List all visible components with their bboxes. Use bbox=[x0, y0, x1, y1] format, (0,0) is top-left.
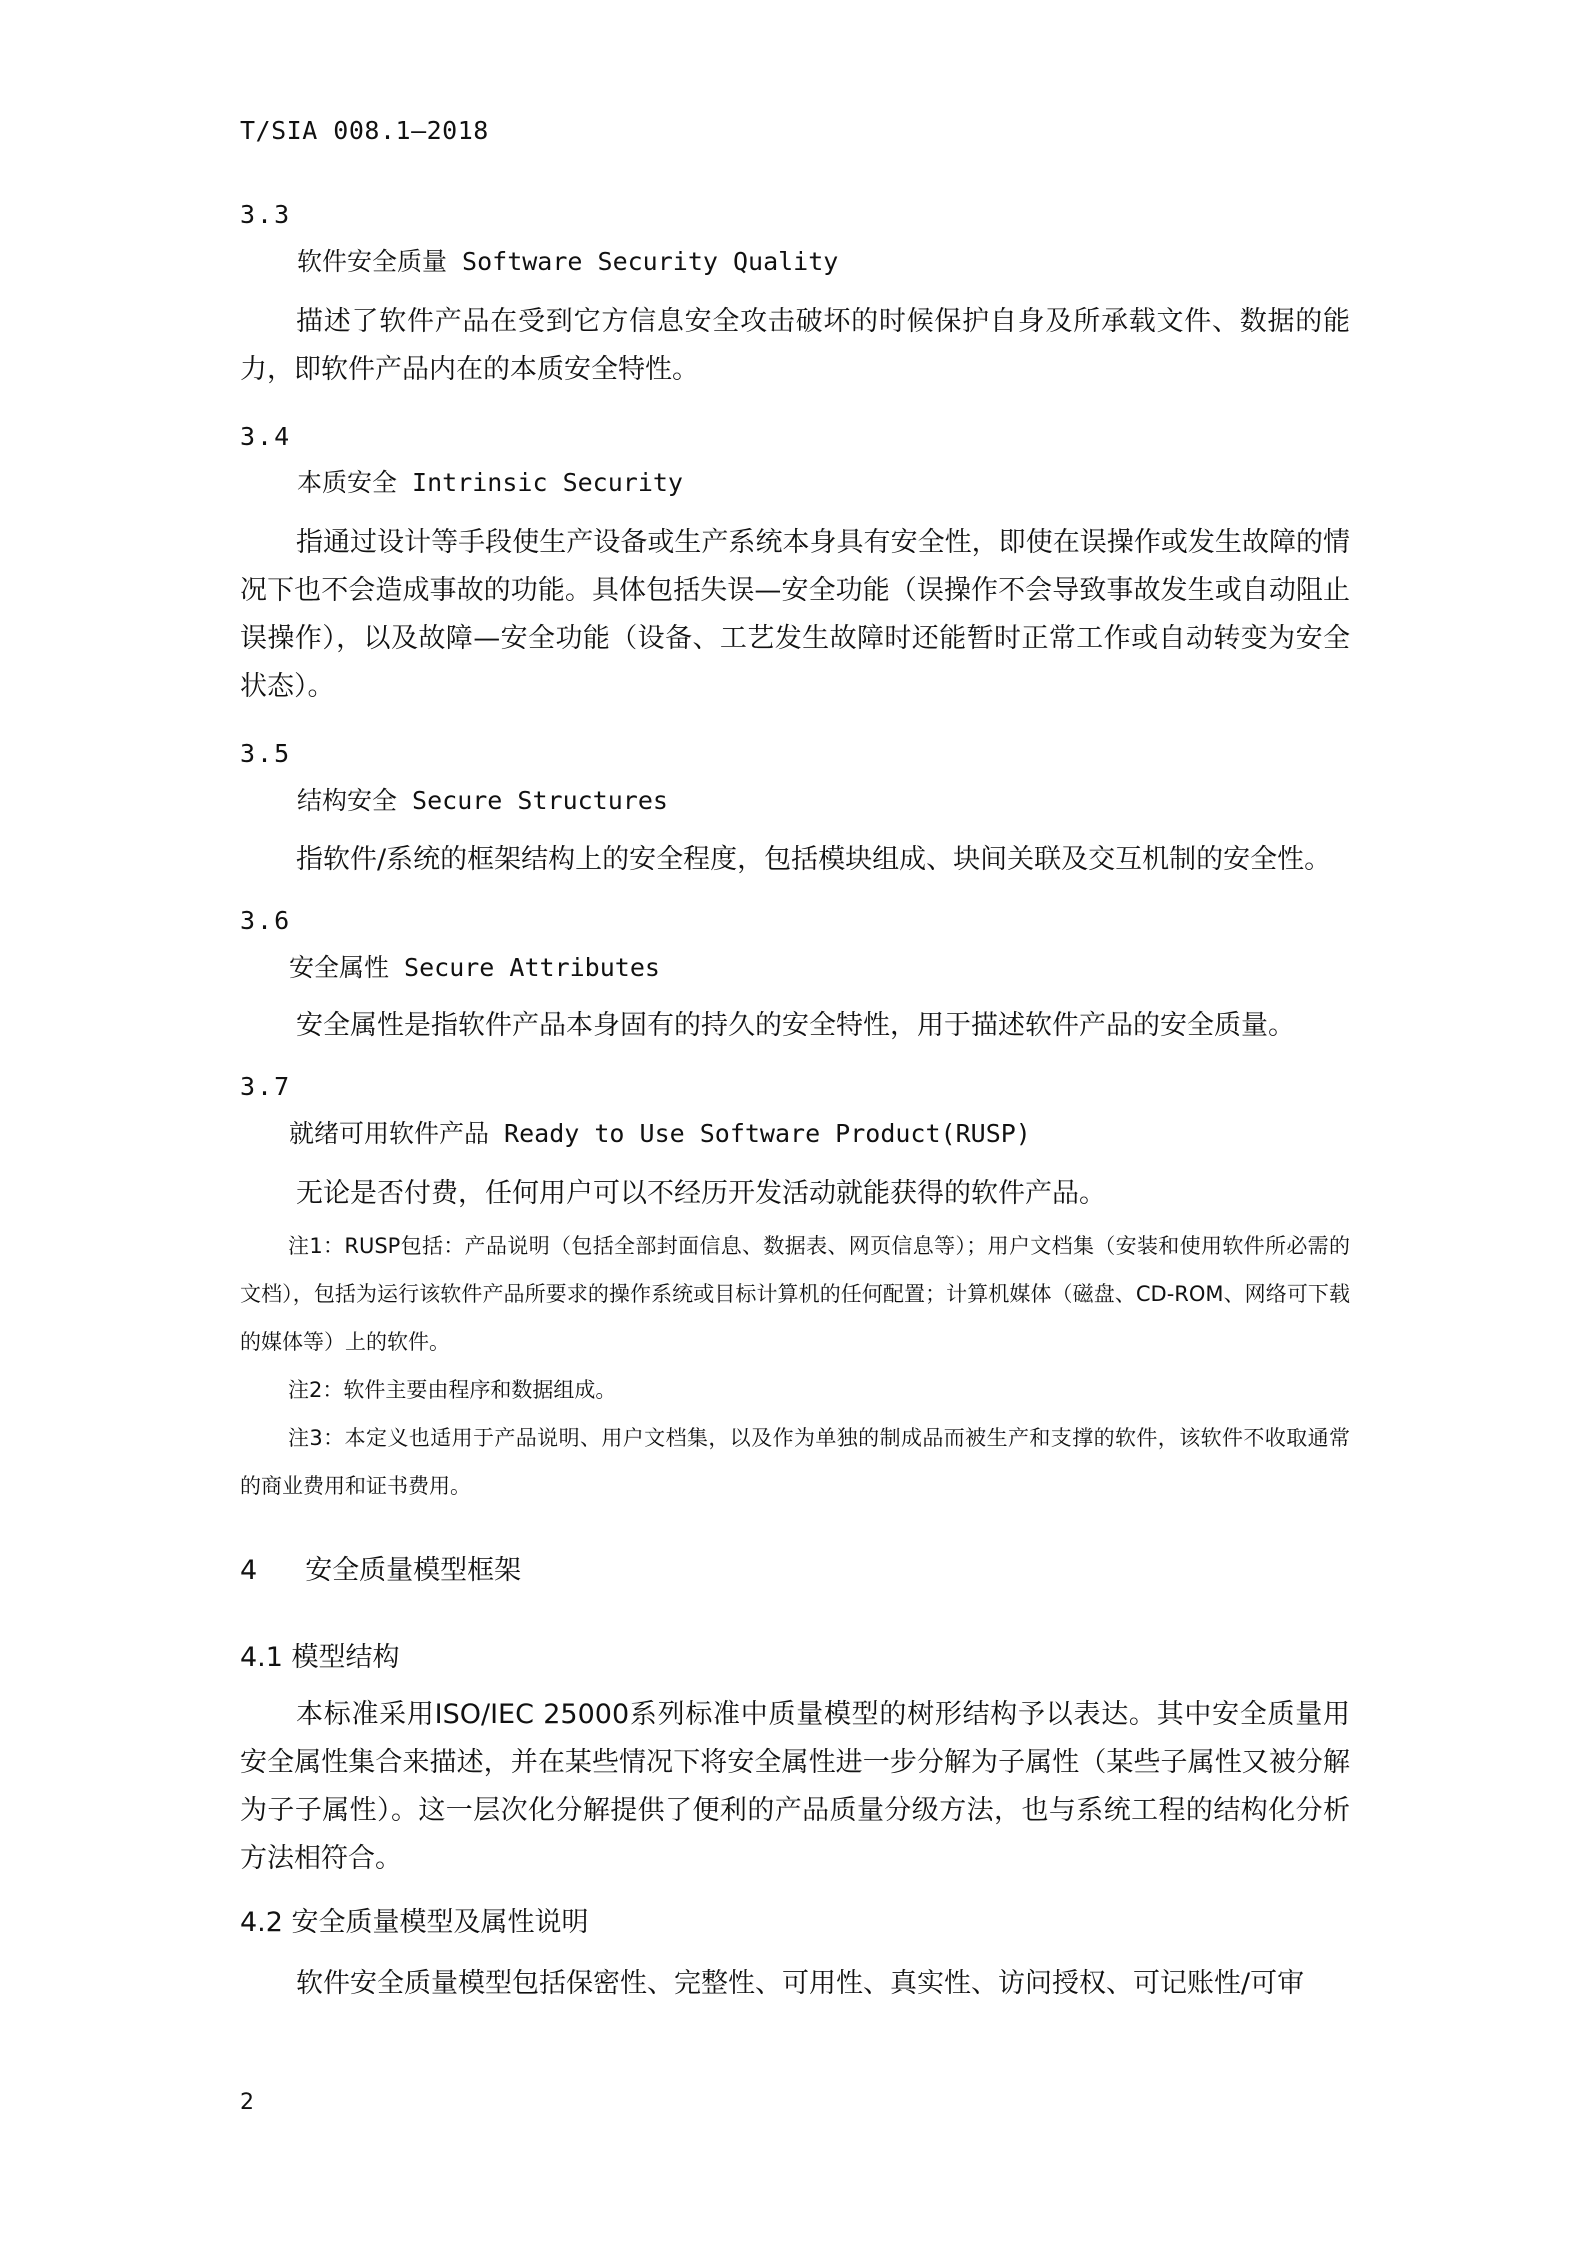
clause-term: 就绪可用软件产品 Ready to Use Software Product(R… bbox=[289, 1114, 1031, 1150]
clause-definition: 描述了软件产品在受到它方信息安全攻击破坏的时候保护自身及所承载文件、数据的能力，… bbox=[240, 298, 1350, 394]
section-number: 4 bbox=[240, 1555, 257, 1586]
section-heading: 4安全质量模型框架 bbox=[240, 1548, 521, 1587]
clause-term: 软件安全质量 Software Security Quality bbox=[297, 242, 838, 278]
clause-number: 3.6 bbox=[240, 906, 291, 935]
clause-number: 3.7 bbox=[240, 1072, 291, 1101]
clause-definition: 无论是否付费，任何用户可以不经历开发活动就能获得的软件产品。 bbox=[240, 1170, 1350, 1218]
clause-number: 3.5 bbox=[240, 739, 291, 768]
note-1: 注1：RUSP包括：产品说明（包括全部封面信息、数据表、网页信息等）；用户文档集… bbox=[240, 1222, 1350, 1366]
note-3: 注3：本定义也适用于产品说明、用户文档集，以及作为单独的制成品而被生产和支撑的软… bbox=[240, 1414, 1350, 1510]
note-2: 注2：软件主要由程序和数据组成。 bbox=[240, 1366, 1350, 1414]
section-title: 安全质量模型框架 bbox=[305, 1555, 521, 1586]
clause-definition: 指软件/系统的框架结构上的安全程度，包括模块组成、块间关联及交互机制的安全性。 bbox=[240, 836, 1350, 884]
subsection-body-4-1: 本标准采用ISO/IEC 25000系列标准中质量模型的树形结构予以表达。其中安… bbox=[240, 1691, 1350, 1883]
subsection-heading-4-2: 4.2 安全质量模型及属性说明 bbox=[240, 1900, 589, 1939]
clause-number: 3.3 bbox=[240, 200, 291, 229]
clause-definition: 指通过设计等手段使生产设备或生产系统本身具有安全性，即使在误操作或发生故障的情况… bbox=[240, 519, 1350, 711]
clause-number: 3.4 bbox=[240, 422, 291, 451]
document-code: T/SIA 008.1—2018 bbox=[240, 116, 489, 145]
page-number: 2 bbox=[240, 2090, 254, 2115]
clause-term: 安全属性 Secure Attributes bbox=[289, 948, 660, 984]
clause-term: 本质安全 Intrinsic Security bbox=[297, 463, 683, 499]
subsection-body-4-2: 软件安全质量模型包括保密性、完整性、可用性、真实性、访问授权、可记账性/可审 bbox=[240, 1960, 1350, 2008]
subsection-heading-4-1: 4.1 模型结构 bbox=[240, 1635, 400, 1674]
clause-definition: 安全属性是指软件产品本身固有的持久的安全特性，用于描述软件产品的安全质量。 bbox=[240, 1002, 1350, 1050]
clause-term: 结构安全 Secure Structures bbox=[297, 781, 668, 817]
